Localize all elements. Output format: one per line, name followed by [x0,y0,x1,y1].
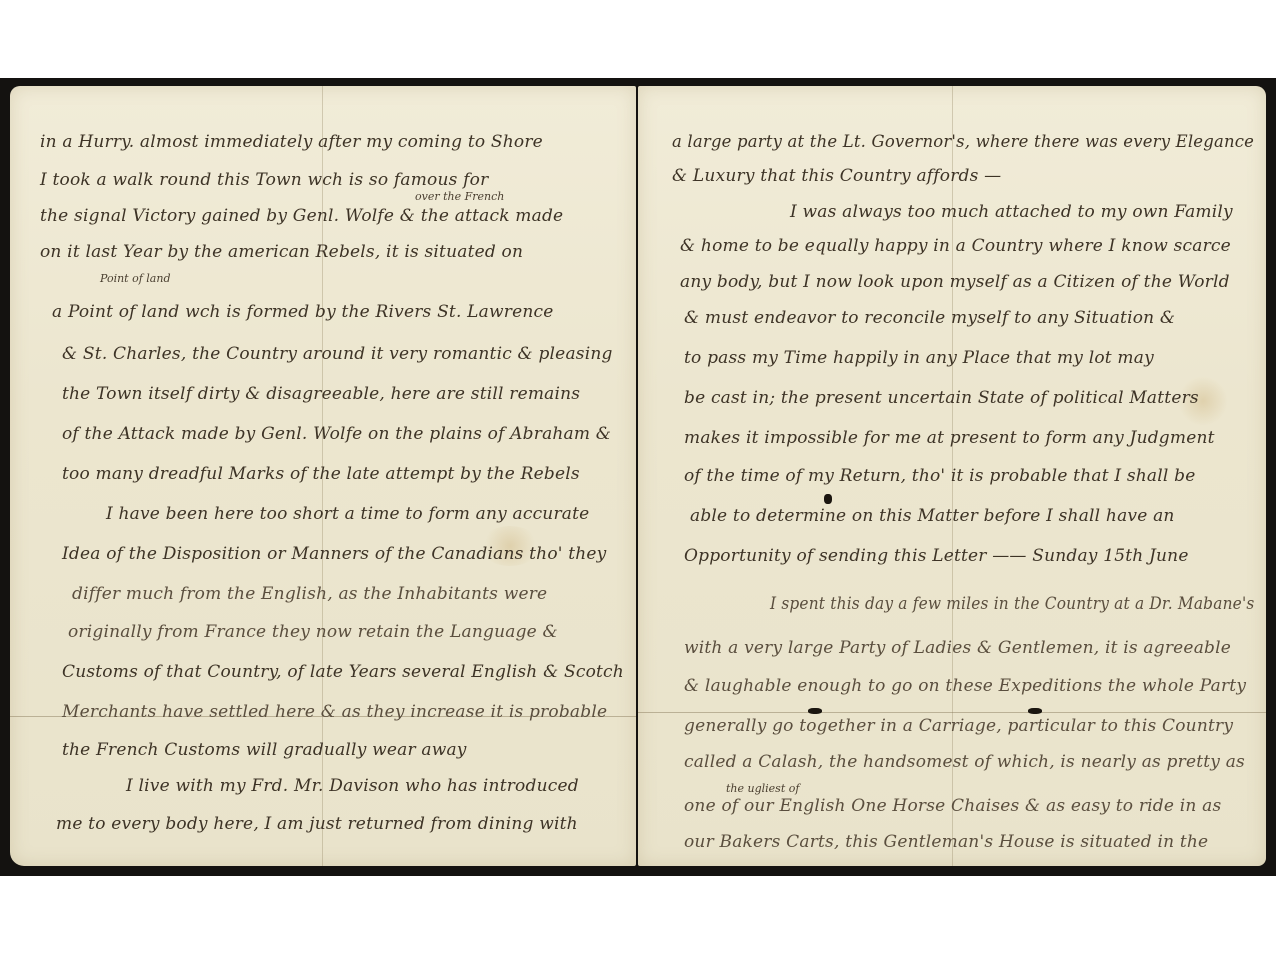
letter-left-page: in a Hurry. almost immediately after my … [10,86,636,866]
handwritten-line: one of our English One Horse Chaises & a… [684,796,1221,816]
handwritten-line: of the time of my Return, tho' it is pro… [684,466,1195,486]
handwritten-line: the signal Victory gained by Genl. Wolfe… [40,206,563,226]
handwritten-line: I spent this day a few miles in the Coun… [770,594,1254,614]
handwritten-line: Opportunity of sending this Letter —— Su… [684,546,1189,566]
handwritten-line: I live with my Frd. Mr. Davison who has … [126,776,579,796]
handwritten-line: & must endeavor to reconcile myself to a… [684,308,1175,328]
handwritten-line: I took a walk round this Town wch is so … [40,170,488,190]
handwritten-line: I have been here too short a time to for… [106,504,589,524]
handwritten-line: any body, but I now look upon myself as … [680,272,1230,292]
handwritten-line: able to determine on this Matter before … [690,506,1175,526]
letter-right-page: a large party at the Lt. Governor's, whe… [638,86,1266,866]
handwritten-line: makes it impossible for me at present to… [684,428,1215,448]
handwritten-line: a Point of land wch is formed by the Riv… [52,302,553,322]
handwritten-line: the French Customs will gradually wear a… [62,740,467,760]
handwritten-line: & St. Charles, the Country around it ver… [62,344,613,364]
interlinear-insertion: the ugliest of [726,782,799,795]
interlinear-insertion: over the French [415,190,504,203]
handwritten-line: a large party at the Lt. Governor's, whe… [672,132,1254,152]
right-page-text: a large party at the Lt. Governor's, whe… [638,86,1266,866]
left-page-text: in a Hurry. almost immediately after my … [10,86,636,866]
handwritten-line: Idea of the Disposition or Manners of th… [62,544,607,564]
handwritten-line: the Town itself dirty & disagreeable, he… [62,384,580,404]
handwritten-line: of the Attack made by Genl. Wolfe on the… [62,424,611,444]
handwritten-line: generally go together in a Carriage, par… [684,716,1233,736]
handwritten-line: me to every body here, I am just returne… [56,814,578,834]
handwritten-line: on it last Year by the american Rebels, … [40,242,523,262]
handwritten-line: & Luxury that this Country affords — [672,166,1001,186]
handwritten-line: be cast in; the present uncertain State … [684,388,1199,408]
handwritten-line: Merchants have settled here & as they in… [62,702,607,722]
handwritten-line: Customs of that Country, of late Years s… [62,662,624,682]
handwritten-line: & laughable enough to go on these Expedi… [684,676,1246,696]
handwritten-line: differ much from the English, as the Inh… [72,584,547,604]
interlinear-insertion: Point of land [100,272,171,285]
handwritten-line: our Bakers Carts, this Gentleman's House… [684,832,1208,852]
handwritten-line: in a Hurry. almost immediately after my … [40,132,543,152]
handwritten-line: too many dreadful Marks of the late atte… [62,464,580,484]
handwritten-line: & home to be equally happy in a Country … [680,236,1231,256]
handwritten-line: called a Calash, the handsomest of which… [684,752,1245,772]
handwritten-line: I was always too much attached to my own… [790,202,1233,222]
handwritten-line: with a very large Party of Ladies & Gent… [684,638,1231,658]
handwritten-line: originally from France they now retain t… [68,622,558,642]
handwritten-line: to pass my Time happily in any Place tha… [684,348,1154,368]
